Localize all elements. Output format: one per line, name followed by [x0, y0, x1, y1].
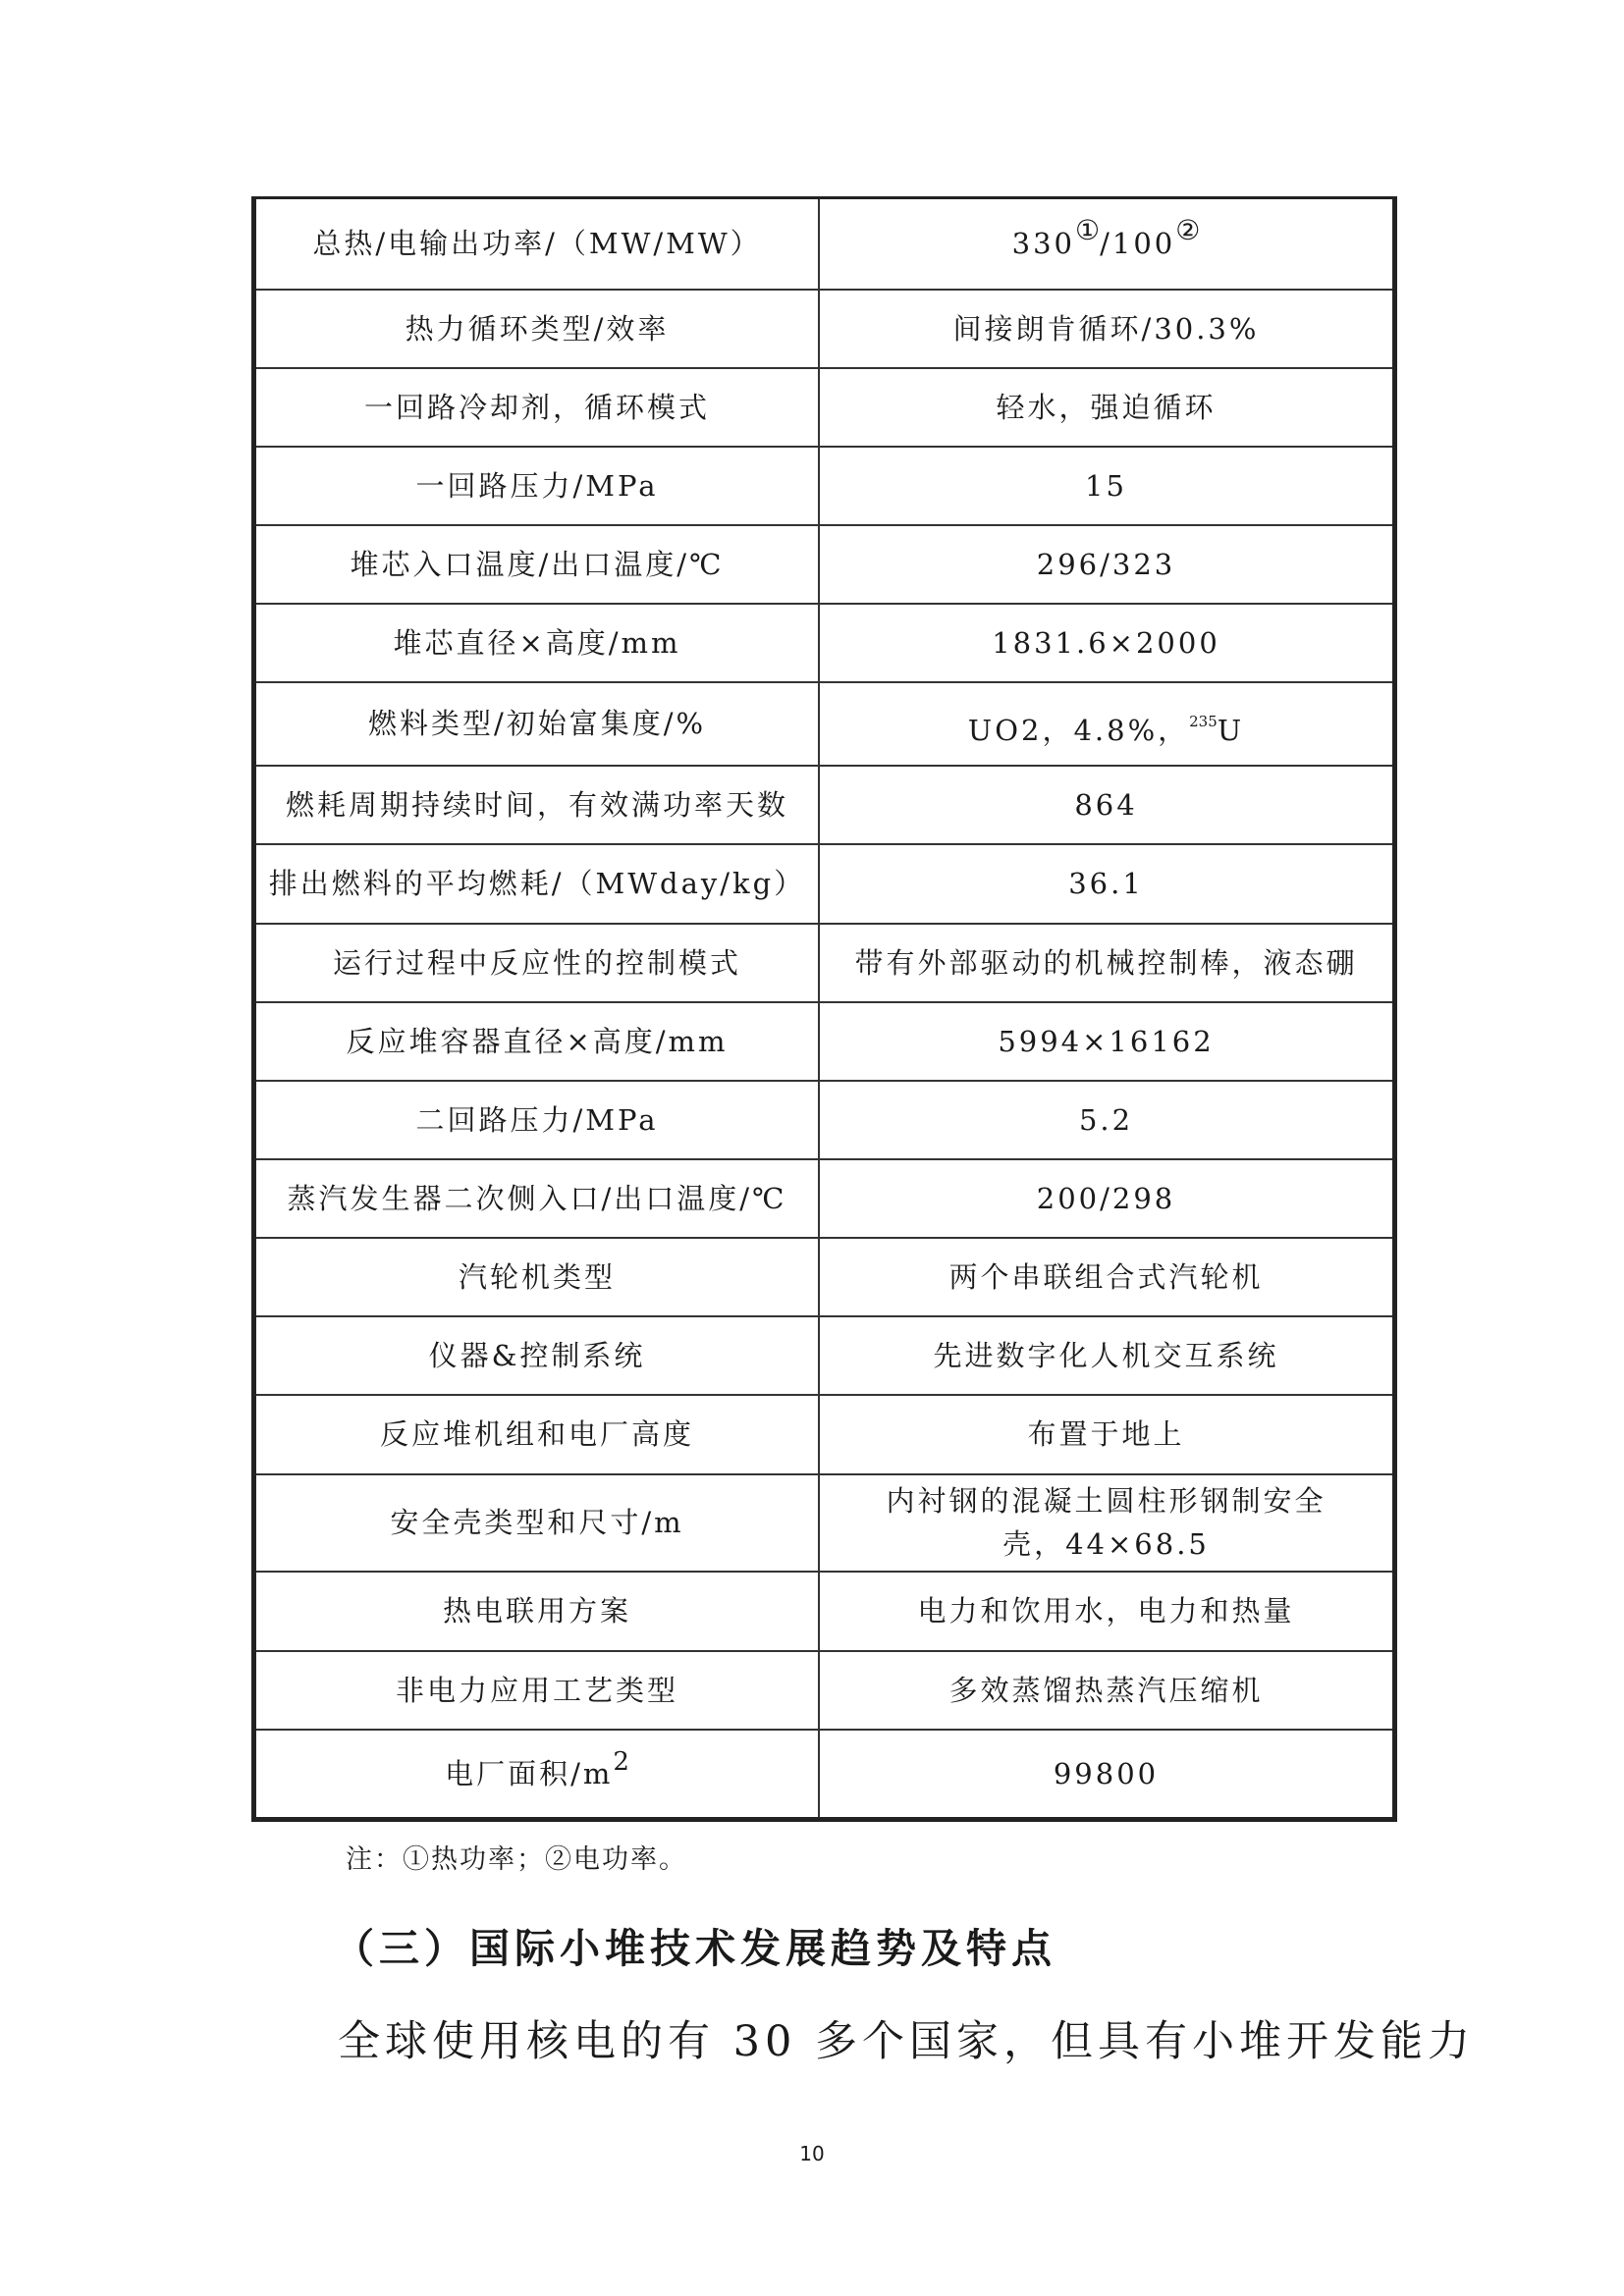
value-line: 壳，44×68.5: [826, 1522, 1386, 1566]
reactor-parameter-table: 总热/电输出功率/（MW/MW）330①/100②热力循环类型/效率间接朗肯循环…: [251, 196, 1397, 1822]
value-text: /100: [1100, 227, 1175, 260]
table-row: 仪器&控制系统先进数字化人机交互系统: [254, 1316, 1395, 1395]
value-cell: UO2，4.8%，235U: [819, 682, 1395, 766]
parameter-cell: 总热/电输出功率/（MW/MW）: [254, 198, 820, 290]
table-row: 非电力应用工艺类型多效蒸馏热蒸汽压缩机: [254, 1651, 1395, 1730]
value-cell: 两个串联组合式汽轮机: [819, 1238, 1395, 1316]
parameter-cell: 安全壳类型和尺寸/m: [254, 1474, 820, 1572]
value-cell: 864: [819, 766, 1395, 844]
footnote-marker: ②: [1175, 214, 1200, 246]
value-cell: 99800: [819, 1730, 1395, 1820]
table-row: 电厂面积/m299800: [254, 1730, 1395, 1820]
value-cell: 电力和饮用水，电力和热量: [819, 1572, 1395, 1651]
table-row: 汽轮机类型两个串联组合式汽轮机: [254, 1238, 1395, 1316]
table-row: 堆芯直径×高度/mm1831.6×2000: [254, 604, 1395, 682]
parameter-cell: 汽轮机类型: [254, 1238, 820, 1316]
parameter-cell: 排出燃料的平均燃耗/（MWday/kg）: [254, 844, 820, 924]
table-row: 一回路压力/MPa15: [254, 447, 1395, 525]
value-cell: 带有外部驱动的机械控制棒，液态硼: [819, 924, 1395, 1002]
value-cell: 1831.6×2000: [819, 604, 1395, 682]
parameter-cell: 运行过程中反应性的控制模式: [254, 924, 820, 1002]
value-cell: 5.2: [819, 1081, 1395, 1159]
table-row: 排出燃料的平均燃耗/（MWday/kg）36.1: [254, 844, 1395, 924]
value-cell: 330①/100②: [819, 198, 1395, 290]
value-cell: 先进数字化人机交互系统: [819, 1316, 1395, 1395]
table-row: 热力循环类型/效率间接朗肯循环/30.3%: [254, 290, 1395, 368]
table-row: 运行过程中反应性的控制模式带有外部驱动的机械控制棒，液态硼: [254, 924, 1395, 1002]
parameter-cell: 堆芯入口温度/出口温度/℃: [254, 525, 820, 604]
value-cell: 200/298: [819, 1159, 1395, 1238]
table-row: 反应堆机组和电厂高度布置于地上: [254, 1395, 1395, 1474]
table-row: 反应堆容器直径×高度/mm5994×16162: [254, 1002, 1395, 1081]
value-cell: 间接朗肯循环/30.3%: [819, 290, 1395, 368]
parameter-cell: 非电力应用工艺类型: [254, 1651, 820, 1730]
value-cell: 296/323: [819, 525, 1395, 604]
parameter-cell: 反应堆机组和电厂高度: [254, 1395, 820, 1474]
value-text: U: [1218, 714, 1244, 747]
value-cell: 36.1: [819, 844, 1395, 924]
value-cell: 多效蒸馏热蒸汽压缩机: [819, 1651, 1395, 1730]
table-row: 热电联用方案电力和饮用水，电力和热量: [254, 1572, 1395, 1651]
parameter-cell: 二回路压力/MPa: [254, 1081, 820, 1159]
value-text: 330: [1012, 227, 1075, 260]
parameter-cell: 蒸汽发生器二次侧入口/出口温度/℃: [254, 1159, 820, 1238]
value-cell: 轻水，强迫循环: [819, 368, 1395, 447]
superscript-exponent: 2: [613, 1747, 629, 1777]
value-cell: 布置于地上: [819, 1395, 1395, 1474]
parameter-label: 电厂面积/m: [445, 1757, 613, 1790]
table-row: 蒸汽发生器二次侧入口/出口温度/℃200/298: [254, 1159, 1395, 1238]
table-body: 总热/电输出功率/（MW/MW）330①/100②热力循环类型/效率间接朗肯循环…: [254, 198, 1395, 1820]
parameter-cell: 燃料类型/初始富集度/%: [254, 682, 820, 766]
section-heading: （三）国际小堆技术发展趋势及特点: [334, 1916, 1056, 1974]
table-row: 燃料类型/初始富集度/%UO2，4.8%，235U: [254, 682, 1395, 766]
table-row: 二回路压力/MPa5.2: [254, 1081, 1395, 1159]
parameter-cell: 一回路冷却剂，循环模式: [254, 368, 820, 447]
value-line: 内衬钢的混凝土圆柱形钢制安全: [826, 1479, 1386, 1522]
parameter-cell: 反应堆容器直径×高度/mm: [254, 1002, 820, 1081]
value-cell: 内衬钢的混凝土圆柱形钢制安全壳，44×68.5: [819, 1474, 1395, 1572]
table-row: 一回路冷却剂，循环模式轻水，强迫循环: [254, 368, 1395, 447]
parameter-cell: 热电联用方案: [254, 1572, 820, 1651]
value-cell: 5994×16162: [819, 1002, 1395, 1081]
parameter-cell: 电厂面积/m2: [254, 1730, 820, 1820]
body-paragraph: 全球使用核电的有 30 多个国家，但具有小堆开发能力: [338, 2008, 1475, 2068]
parameter-cell: 燃耗周期持续时间，有效满功率天数: [254, 766, 820, 844]
table-row: 总热/电输出功率/（MW/MW）330①/100②: [254, 198, 1395, 290]
value-cell: 15: [819, 447, 1395, 525]
page-number: 10: [0, 2142, 1624, 2165]
parameter-cell: 热力循环类型/效率: [254, 290, 820, 368]
footnote-marker: ①: [1075, 214, 1100, 246]
table-row: 安全壳类型和尺寸/m内衬钢的混凝土圆柱形钢制安全壳，44×68.5: [254, 1474, 1395, 1572]
value-text: UO2，4.8%，: [968, 714, 1189, 747]
table-row: 堆芯入口温度/出口温度/℃296/323: [254, 525, 1395, 604]
parameter-cell: 仪器&控制系统: [254, 1316, 820, 1395]
parameter-cell: 堆芯直径×高度/mm: [254, 604, 820, 682]
table-row: 燃耗周期持续时间，有效满功率天数864: [254, 766, 1395, 844]
parameter-cell: 一回路压力/MPa: [254, 447, 820, 525]
isotope-mass-number: 235: [1189, 713, 1218, 730]
table-footnote: 注：①热功率；②电功率。: [346, 1838, 687, 1876]
